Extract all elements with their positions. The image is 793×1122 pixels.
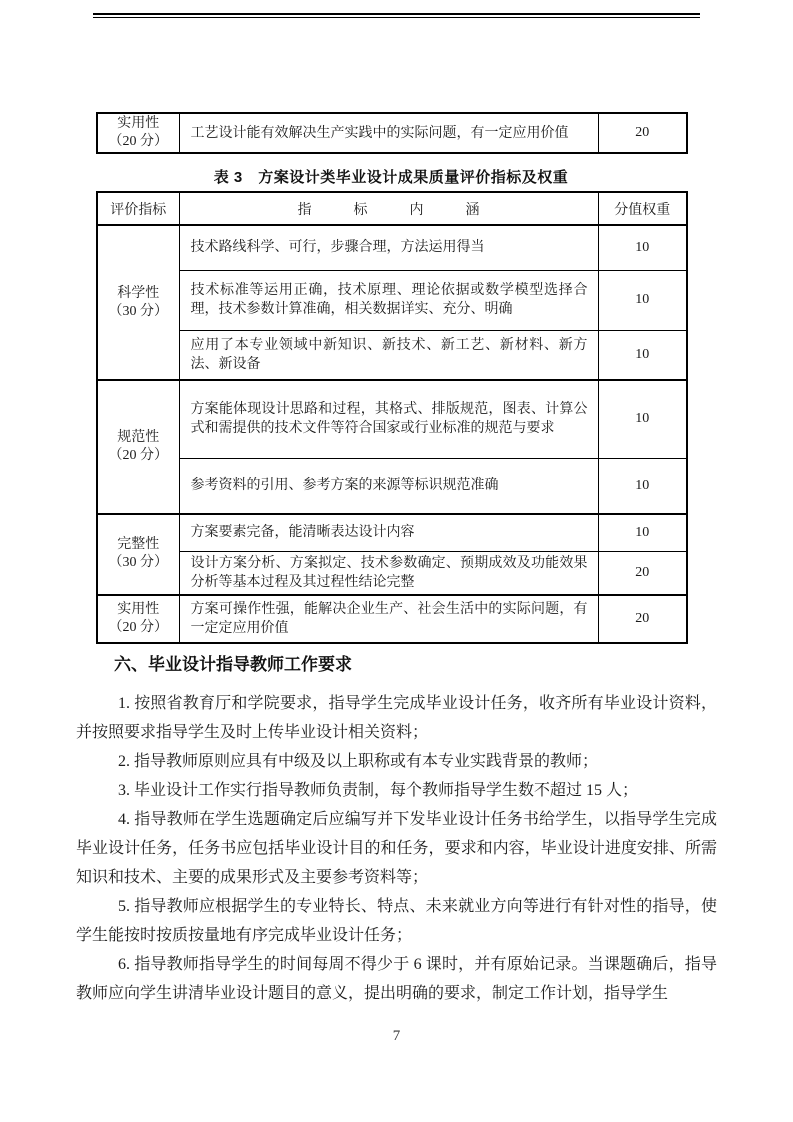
- table-row: 参考资料的引用、参考方案的来源等标识规范准确 10: [97, 458, 687, 514]
- indicator-cell-completeness: 完整性 （30 分）: [97, 514, 179, 595]
- table-row: 规范性 （20 分） 方案能体现设计思路和过程，其格式、排版规范，图表、计算公式…: [97, 380, 687, 458]
- table-row: 完整性 （30 分） 方案要素完备，能清晰表达设计内容 10: [97, 514, 687, 551]
- indicator-score-share: （30 分）: [99, 303, 178, 321]
- paragraph-3: 3. 毕业设计工作实行指导教师负责制，每个教师指导学生数不超过 15 人；: [76, 776, 717, 805]
- indicator-name: 科学性: [99, 285, 178, 303]
- score-cell: 10: [598, 458, 687, 514]
- indicator-cell-scientificity: 科学性 （30 分）: [97, 225, 179, 380]
- table-header-row: 评价指标 指 标 内 涵 分值权重: [97, 192, 687, 225]
- indicator-score-share: （30 分）: [99, 554, 178, 572]
- table-row: 实用性 （20 分） 工艺设计能有效解决生产实践中的实际问题，有一定应用价值 2…: [97, 113, 687, 153]
- score-cell: 20: [598, 551, 687, 595]
- table3-caption: 表 3 方案设计类毕业设计成果质量评价指标及权重: [96, 166, 686, 187]
- score-cell: 10: [598, 330, 687, 380]
- score-cell: 20: [598, 113, 687, 153]
- indicator-name: 完整性: [99, 536, 178, 554]
- paragraph-5: 5. 指导教师应根据学生的专业特长、特点、未来就业方向等进行有针对性的指导，使学…: [76, 892, 717, 950]
- section-heading: 六、毕业设计指导教师工作要求: [114, 653, 717, 677]
- header-content: 指 标 内 涵: [179, 192, 598, 225]
- criterion-cell: 参考资料的引用、参考方案的来源等标识规范准确: [179, 458, 598, 514]
- table-row: 实用性 （20 分） 方案可操作性强，能解决企业生产、社会生活中的实际问题，有一…: [97, 595, 687, 643]
- indicator-cell: 实用性 （20 分）: [97, 113, 179, 153]
- criterion-cell: 设计方案分析、方案拟定、技术参数确定、预期成效及功能效果分析等基本过程及其过程性…: [179, 551, 598, 595]
- table-row: 设计方案分析、方案拟定、技术参数确定、预期成效及功能效果分析等基本过程及其过程性…: [97, 551, 687, 595]
- table-row: 技术标准等运用正确，技术原理、理论依据或数学模型选择合理，技术参数计算准确，相关…: [97, 270, 687, 330]
- indicator-name: 实用性: [99, 115, 178, 133]
- criterion-cell: 应用了本专业领域中新知识、新技术、新工艺、新材料、新方法、新设备: [179, 330, 598, 380]
- paragraph-1: 1. 按照省教育厅和学院要求，指导学生完成毕业设计任务，收齐所有毕业设计资料，并…: [76, 689, 717, 747]
- indicator-score-share: （20 分）: [99, 447, 178, 465]
- criterion-cell: 技术标准等运用正确，技术原理、理论依据或数学模型选择合理，技术参数计算准确，相关…: [179, 270, 598, 330]
- indicator-name: 规范性: [99, 429, 178, 447]
- header-score: 分值权重: [598, 192, 687, 225]
- indicator-name: 实用性: [99, 601, 178, 619]
- score-cell: 10: [598, 225, 687, 270]
- score-cell: 10: [598, 380, 687, 458]
- indicator-cell-practicality: 实用性 （20 分）: [97, 595, 179, 643]
- score-cell: 10: [598, 270, 687, 330]
- table-row: 科学性 （30 分） 技术路线科学、可行，步骤合理，方法运用得当 10: [97, 225, 687, 270]
- page-number: 7: [0, 1028, 793, 1045]
- table3-evaluation-indicators: 评价指标 指 标 内 涵 分值权重 科学性 （30 分） 技术路线科学、可行，步…: [96, 191, 688, 644]
- craft-design-table-fragment: 实用性 （20 分） 工艺设计能有效解决生产实践中的实际问题，有一定应用价值 2…: [96, 112, 688, 154]
- paragraph-4: 4. 指导教师在学生选题确定后应编写并下发毕业设计任务书给学生，以指导学生完成毕…: [76, 805, 717, 892]
- criterion-cell: 方案可操作性强，能解决企业生产、社会生活中的实际问题，有一定定应用价值: [179, 595, 598, 643]
- criterion-cell: 工艺设计能有效解决生产实践中的实际问题，有一定应用价值: [179, 113, 598, 153]
- table-row: 应用了本专业领域中新知识、新技术、新工艺、新材料、新方法、新设备 10: [97, 330, 687, 380]
- criterion-cell: 技术路线科学、可行，步骤合理，方法运用得当: [179, 225, 598, 270]
- indicator-score-share: （20 分）: [99, 619, 178, 637]
- score-cell: 20: [598, 595, 687, 643]
- header-indicator: 评价指标: [97, 192, 179, 225]
- page-header-rule: [93, 13, 700, 18]
- score-cell: 10: [598, 514, 687, 551]
- section-six: 六、毕业设计指导教师工作要求 1. 按照省教育厅和学院要求，指导学生完成毕业设计…: [76, 653, 717, 1008]
- criterion-cell: 方案能体现设计思路和过程，其格式、排版规范，图表、计算公式和需提供的技术文件等符…: [179, 380, 598, 458]
- paragraph-6: 6. 指导教师指导学生的时间每周不得少于 6 课时，并有原始记录。当课题确后，指…: [76, 950, 717, 1008]
- criterion-cell: 方案要素完备，能清晰表达设计内容: [179, 514, 598, 551]
- indicator-cell-normativity: 规范性 （20 分）: [97, 380, 179, 514]
- paragraph-2: 2. 指导教师原则应具有中级及以上职称或有本专业实践背景的教师；: [76, 747, 717, 776]
- indicator-score-share: （20 分）: [99, 133, 178, 151]
